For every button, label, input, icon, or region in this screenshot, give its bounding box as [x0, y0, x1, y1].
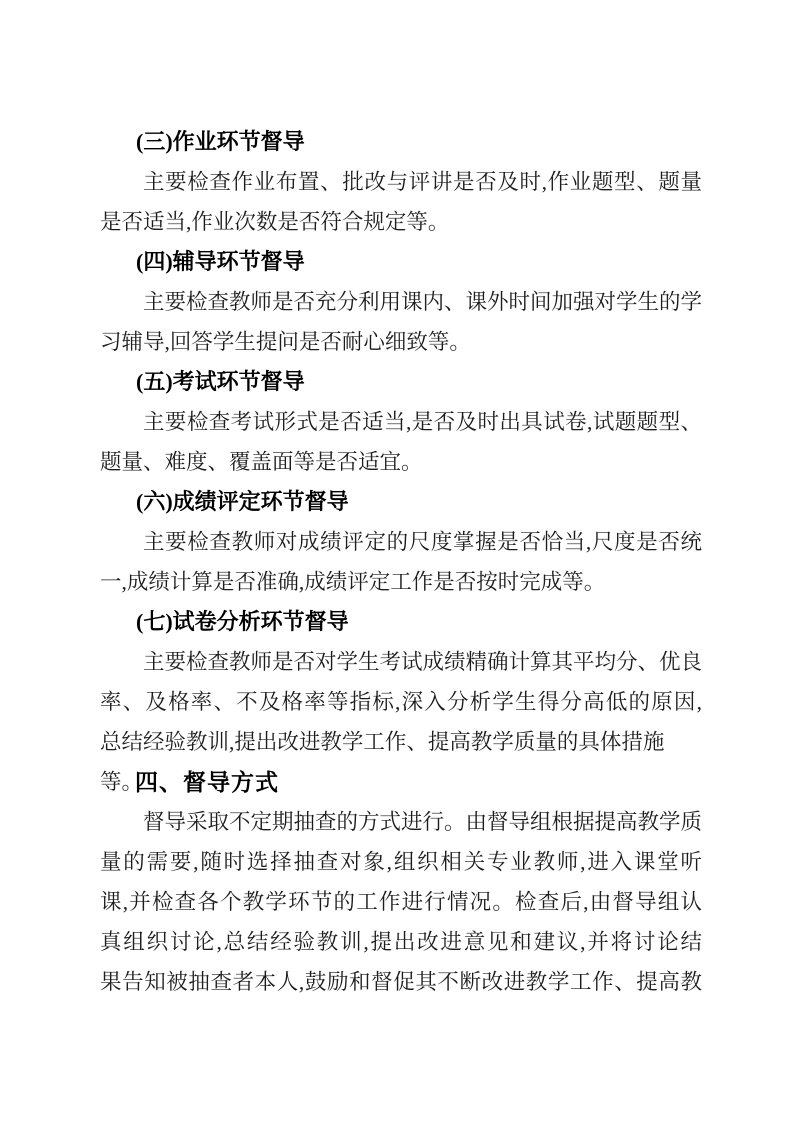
text-line: 率、及格率、不及格率等指标,深入分析学生得分高低的原因,: [100, 682, 702, 722]
paragraph: 督导采取不定期抽查的方式进行。由督导组根据提高教学质量的需要,随时选择抽查对象,…: [100, 802, 702, 1002]
text-line: 主要检查作业布置、批改与评讲是否及时,作业题型、题量: [100, 162, 702, 202]
text-line: 是否适当,作业次数是否符合规定等。: [100, 202, 702, 242]
text-line: 主要检查教师是否对学生考试成绩精确计算其平均分、优良: [100, 642, 702, 682]
text-line: 主要检查考试形式是否适当,是否及时出具试卷,试题题型、: [100, 402, 702, 442]
paragraph: 主要检查教师是否充分利用课内、课外时间加强对学生的学习辅导,回答学生提问是否耐心…: [100, 282, 702, 362]
sub-section-heading: (七)试卷分析环节督导: [100, 602, 702, 642]
text-line: 主要检查教师对成绩评定的尺度掌握是否恰当,尺度是否统: [100, 522, 702, 562]
text-line: 果告知被抽查者本人,鼓励和督促其不断改进教学工作、提高教: [100, 962, 702, 1002]
text-line: 课,并检查各个教学环节的工作进行情况。检查后,由督导组认: [100, 882, 702, 922]
section-heading: 四、督导方式: [100, 762, 702, 802]
text-line: 主要检查教师是否充分利用课内、课外时间加强对学生的学: [100, 282, 702, 322]
text-line: 习辅导,回答学生提问是否耐心细致等。: [100, 322, 702, 362]
sub-section-heading: (四)辅导环节督导: [100, 242, 702, 282]
text-line: 一,成绩计算是否准确,成绩评定工作是否按时完成等。: [100, 562, 702, 602]
text-line: 题量、难度、覆盖面等是否适宜。: [100, 442, 702, 482]
document-body: (三)作业环节督导主要检查作业布置、批改与评讲是否及时,作业题型、题量是否适当,…: [100, 122, 702, 1002]
paragraph: 主要检查教师对成绩评定的尺度掌握是否恰当,尺度是否统一,成绩计算是否准确,成绩评…: [100, 522, 702, 602]
text-line: 量的需要,随时选择抽查对象,组织相关专业教师,进入课堂听: [100, 842, 702, 882]
text-line: 总结经验教训,提出改进教学工作、提高教学质量的具体措施等。: [100, 722, 702, 762]
paragraph: 主要检查考试形式是否适当,是否及时出具试卷,试题题型、题量、难度、覆盖面等是否适…: [100, 402, 702, 482]
sub-section-heading: (三)作业环节督导: [100, 122, 702, 162]
paragraph: 主要检查作业布置、批改与评讲是否及时,作业题型、题量是否适当,作业次数是否符合规…: [100, 162, 702, 242]
sub-section-heading: (六)成绩评定环节督导: [100, 482, 702, 522]
document-page: (三)作业环节督导主要检查作业布置、批改与评讲是否及时,作业题型、题量是否适当,…: [0, 0, 793, 1122]
text-line: 真组织讨论,总结经验教训,提出改进意见和建议,并将讨论结: [100, 922, 702, 962]
text-line: 督导采取不定期抽查的方式进行。由督导组根据提高教学质: [100, 802, 702, 842]
paragraph: 主要检查教师是否对学生考试成绩精确计算其平均分、优良率、及格率、不及格率等指标,…: [100, 642, 702, 762]
sub-section-heading: (五)考试环节督导: [100, 362, 702, 402]
